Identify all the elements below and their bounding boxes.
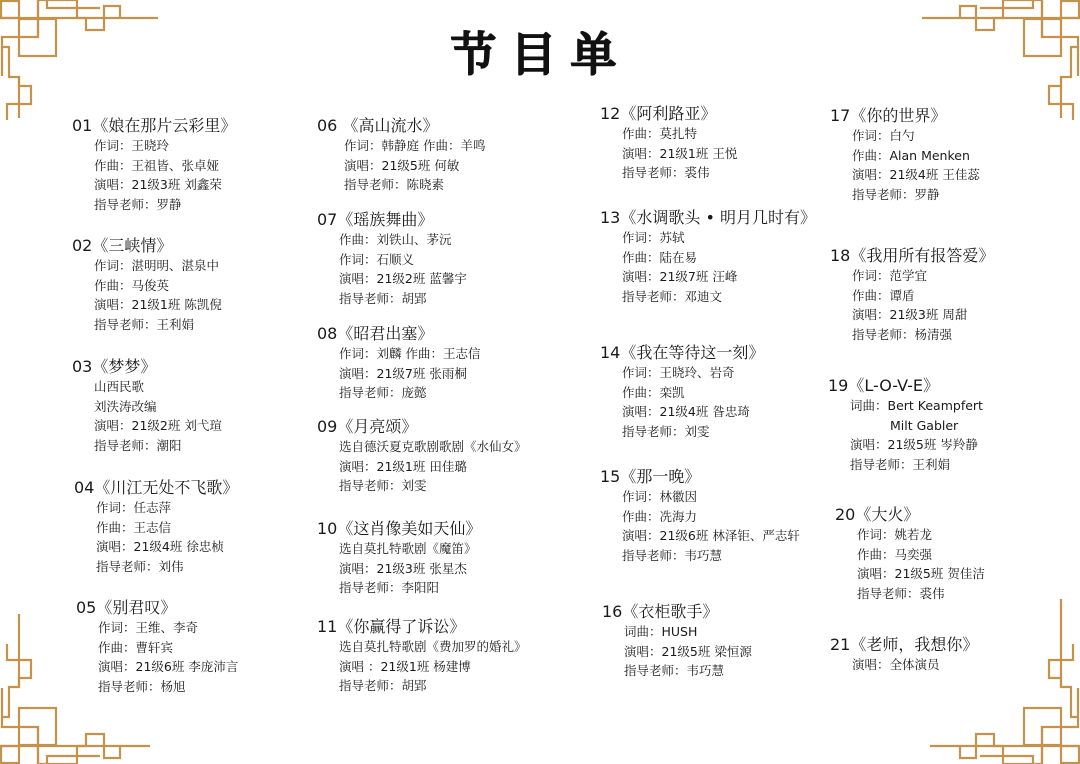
program-title: 17《你的世界》 [830,106,980,126]
program-detail: 演唱：21级5班 梁恒源 [602,642,752,662]
program-item-17: 17《你的世界》 作词：白勺 作曲：Alan Menken 演唱：21级4班 王… [830,106,980,204]
program-item-19: 19《L-O-V-E》 词曲：Bert Keampfert Milt Gable… [828,376,983,474]
program-detail: 作曲：王祖皆、张卓娅 [72,156,236,176]
program-detail: 指导老师：王利娟 [828,455,983,475]
program-item-14: 14《我在等待这一刻》 作词：王晓玲、岩奇 作曲：栾凯 演唱：21级4班 昝忠琦… [600,343,764,441]
program-item-10: 10《这肖像美如天仙》 选自莫扎特歌剧《魔笛》 演唱：21级3班 张星杰 指导老… [317,519,481,598]
program-detail: 演唱：21级1班 田佳璐 [317,457,527,477]
program-detail: 演唱：21级7班 张雨桐 [317,364,480,384]
program-detail: 作词：王晓玲、岩奇 [600,363,764,383]
program-detail: 指导老师：邓迪文 [600,287,816,307]
program-title: 15《那一晚》 [600,467,800,487]
program-title: 05《别君叹》 [76,598,238,618]
program-detail: 作词：王维、李奇 [76,618,238,638]
program-detail: 指导老师：裘伟 [600,163,737,183]
program-detail: 指导老师：胡郢 [317,676,527,696]
program-title: 09《月亮颂》 [317,417,527,437]
program-title: 03《梦梦》 [72,357,222,377]
program-detail: 作曲：马俊英 [72,276,222,296]
program-detail: 演唱：21级2班 蓝馨宇 [317,269,467,289]
program-title: 08《昭君出塞》 [317,324,480,344]
program-detail: 指导老师：刘雯 [600,422,764,442]
program-detail: 作曲：Alan Menken [830,146,980,166]
program-detail: 作词：刘麟 作曲：王志信 [317,344,480,364]
program-detail: 选自莫扎特歌剧《魔笛》 [317,539,481,559]
program-title: 13《水调歌头 • 明月几时有》 [600,208,816,228]
program-item-13: 13《水调歌头 • 明月几时有》 作词：苏轼 作曲：陆在易 演唱：21级7班 汪… [600,208,816,306]
program-detail: 刘泆涛改编 [72,397,222,417]
program-title: 21《老师，我想你》 [830,635,978,655]
program-detail: 作曲：冼海力 [600,507,800,527]
program-detail: 作词：范学宜 [830,266,994,286]
program-detail: 指导老师：刘雯 [317,476,527,496]
program-detail: 指导老师：胡郢 [317,289,467,309]
program-detail: 作曲：栾凯 [600,383,764,403]
fret-ornament-icon [910,594,1080,764]
program-detail: 指导老师：庞懿 [317,383,480,403]
program-item-07: 07《瑶族舞曲》 作曲：刘铁山、茅沅 作词：石顺义 演唱：21级2班 蓝馨宇 指… [317,210,467,308]
program-detail: 作词：石顺义 [317,250,467,270]
program-title: 06 《高山流水》 [317,116,485,136]
program-item-09: 09《月亮颂》 选自德沃夏克歌剧歌剧《水仙女》 演唱：21级1班 田佳璐 指导老… [317,417,527,496]
program-detail: 指导老师：刘伟 [74,557,238,577]
program-detail: 作词：王晓玲 [72,136,236,156]
program-item-06: 06 《高山流水》 作词：韩静庭 作曲：羊鸣 演唱：21级5班 何敏 指导老师：… [317,116,485,195]
program-detail: 演唱：21级1班 王悦 [600,144,737,164]
program-detail: 演唱：21级4班 徐忠桢 [74,537,238,557]
program-detail: 指导老师：王利娟 [72,315,222,335]
program-detail: 作曲：刘铁山、茅沅 [317,230,467,250]
program-detail: 指导老师：韦巧慧 [600,546,800,566]
corner-ornament-bottom-right [910,594,1080,764]
program-detail: 词曲：Bert Keampfert [828,396,983,416]
program-detail: 指导老师：杨旭 [76,677,238,697]
program-detail: 演唱：21级5班 何敏 [317,156,485,176]
program-detail: 词曲：HUSH [602,622,752,642]
program-item-01: 01《娘在那片云彩里》 作词：王晓玲 作曲：王祖皆、张卓娅 演唱：21级3班 刘… [72,116,236,214]
program-detail: 作曲：陆在易 [600,248,816,268]
program-detail: 演唱：21级2班 刘弋瑄 [72,416,222,436]
program-detail: 作曲：王志信 [74,518,238,538]
program-item-21: 21《老师，我想你》 演唱：全体演员 [830,635,978,675]
program-title: 11《你赢得了诉讼》 [317,617,527,637]
program-detail: 选自德沃夏克歌剧歌剧《水仙女》 [317,437,527,457]
program-detail: 作曲：曹轩宾 [76,638,238,658]
program-detail: 演唱 ：21级1班 杨建博 [317,657,527,677]
program-detail: 作曲：马奕强 [835,545,985,565]
program-title: 01《娘在那片云彩里》 [72,116,236,136]
program-detail: 演唱：21级3班 刘鑫荣 [72,175,236,195]
program-item-20: 20《大火》 作词：姚若龙 作曲：马奕强 演唱：21级5班 贺佳洁 指导老师：裘… [835,505,985,603]
program-item-02: 02《三峡情》 作词：湛明明、湛泉中 作曲：马俊英 演唱：21级1班 陈凯倪 指… [72,236,222,334]
program-detail: 演唱：21级4班 昝忠琦 [600,402,764,422]
program-title: 02《三峡情》 [72,236,222,256]
program-title: 19《L-O-V-E》 [828,376,983,396]
program-detail: 演唱：21级3班 周甜 [830,305,994,325]
program-detail: 作词：姚若龙 [835,525,985,545]
program-detail: 作词：任志萍 [74,498,238,518]
program-title: 20《大火》 [835,505,985,525]
program-title: 07《瑶族舞曲》 [317,210,467,230]
program-detail: 演唱：21级3班 张星杰 [317,559,481,579]
program-detail: 演唱：21级6班 李庞沛言 [76,657,238,677]
program-detail: 指导老师：李阳阳 [317,578,481,598]
program-detail: 指导老师：罗静 [72,195,236,215]
program-detail: 作曲：谭盾 [830,286,994,306]
program-detail: 指导老师：裘伟 [835,584,985,604]
program-detail: 作词：湛明明、湛泉中 [72,256,222,276]
program-item-12: 12《阿利路亚》 作曲：莫扎特 演唱：21级1班 王悦 指导老师：裘伟 [600,104,737,183]
program-item-16: 16《衣柜歌手》 词曲：HUSH 演唱：21级5班 梁恒源 指导老师：韦巧慧 [602,602,752,681]
program-detail: 演唱：21级4班 王佳蕊 [830,165,980,185]
program-detail: 作词：白勺 [830,126,980,146]
program-item-05: 05《别君叹》 作词：王维、李奇 作曲：曹轩宾 演唱：21级6班 李庞沛言 指导… [76,598,238,696]
program-item-11: 11《你赢得了诉讼》 选自莫扎特歌剧《费加罗的婚礼》 演唱 ：21级1班 杨建博… [317,617,527,696]
program-detail: 作词：苏轼 [600,228,816,248]
program-item-15: 15《那一晚》 作词：林徽因 作曲：冼海力 演唱：21级6班 林泽钜、严志轩 指… [600,467,800,565]
program-title: 10《这肖像美如天仙》 [317,519,481,539]
program-item-04: 04《川江无处不飞歌》 作词：任志萍 作曲：王志信 演唱：21级4班 徐忠桢 指… [74,478,238,576]
program-detail: Milt Gabler [828,416,983,436]
program-detail: 演唱：21级5班 贺佳洁 [835,564,985,584]
page-title: 节目单 [0,18,1080,84]
program-title: 14《我在等待这一刻》 [600,343,764,363]
program-detail: 指导老师：潮阳 [72,436,222,456]
program-detail: 指导老师：杨清强 [830,325,994,345]
program-detail: 作曲：莫扎特 [600,124,737,144]
program-detail: 指导老师：陈晓素 [317,175,485,195]
program-detail: 演唱：全体演员 [830,655,978,675]
program-detail: 指导老师：罗静 [830,185,980,205]
program-detail: 指导老师：韦巧慧 [602,661,752,681]
program-detail: 演唱：21级5班 岑羚静 [828,435,983,455]
program-detail: 演唱：21级7班 汪峰 [600,267,816,287]
program-detail: 演唱：21级1班 陈凯倪 [72,295,222,315]
program-title: 16《衣柜歌手》 [602,602,752,622]
program-detail: 作词：韩静庭 作曲：羊鸣 [317,136,485,156]
program-item-18: 18《我用所有报答爱》 作词：范学宜 作曲：谭盾 演唱：21级3班 周甜 指导老… [830,246,994,344]
program-item-03: 03《梦梦》 山西民歌 刘泆涛改编 演唱：21级2班 刘弋瑄 指导老师：潮阳 [72,357,222,455]
program-title: 04《川江无处不飞歌》 [74,478,238,498]
program-title: 18《我用所有报答爱》 [830,246,994,266]
program-detail: 作词：林徽因 [600,487,800,507]
program-item-08: 08《昭君出塞》 作词：刘麟 作曲：王志信 演唱：21级7班 张雨桐 指导老师：… [317,324,480,403]
program-title: 12《阿利路亚》 [600,104,737,124]
program-detail: 演唱：21级6班 林泽钜、严志轩 [600,526,800,546]
program-detail: 选自莫扎特歌剧《费加罗的婚礼》 [317,637,527,657]
program-detail: 山西民歌 [72,377,222,397]
